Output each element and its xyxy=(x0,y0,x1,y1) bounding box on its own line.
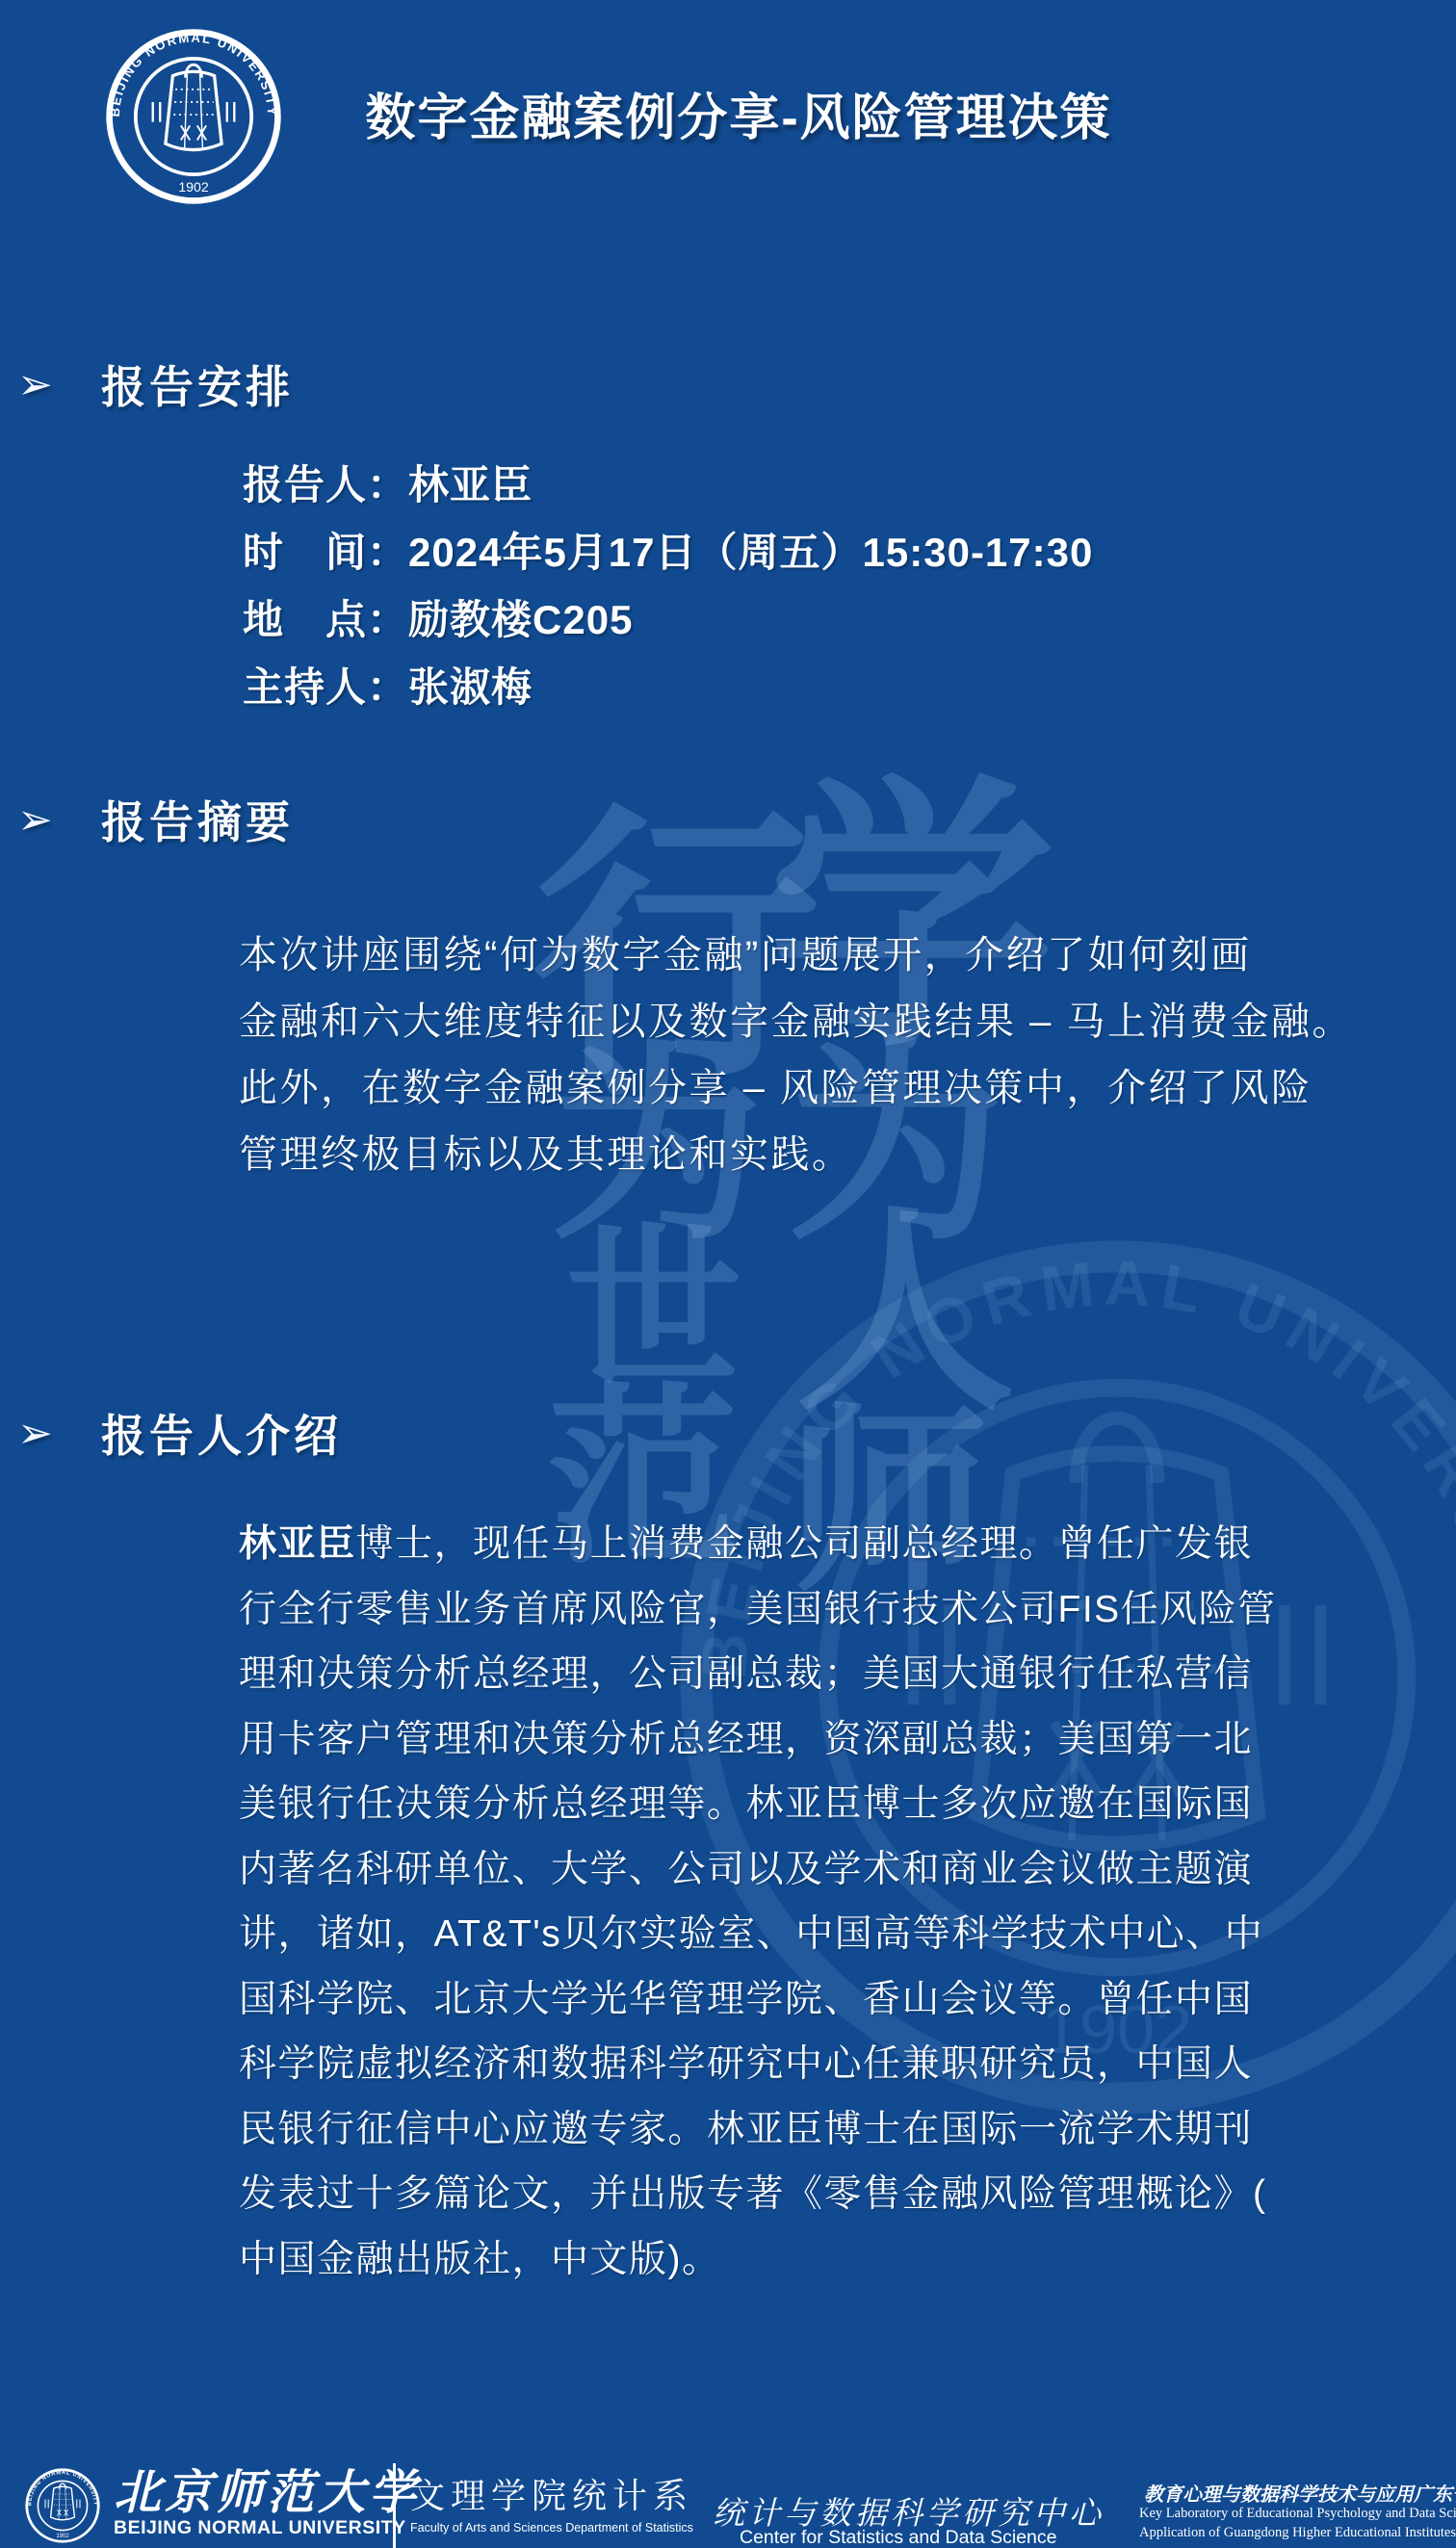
seminar-poster: 行 为 世 范 学 为 人 师 数字金融案例分享-风险管理决策 ➢ 报告安排 报… xyxy=(0,0,1456,2548)
detail-value: 励教楼C205 xyxy=(408,588,633,646)
speaker-bio: 林亚臣博士，现任马上消费金融公司副总经理。曾任广发银 行全行零售业务首席风险官，… xyxy=(239,1512,1277,2292)
footer-lab-zh: 教育心理与数据科学技术与应用广东普通高校重点实验室 xyxy=(1144,2479,1456,2507)
section-heading-label: 报告摘要 xyxy=(101,788,294,851)
section-heading-abstract: ➢ 报告摘要 xyxy=(0,788,294,851)
detail-row-host: 主持人： 张淑梅 xyxy=(243,651,1093,718)
detail-label: 时 间： xyxy=(243,521,408,579)
footer-lab-en-line1: Key Laboratory of Educational Psychology… xyxy=(1139,2506,1456,2522)
detail-row-time: 时 间： 2024年5月17日（周五）15:30-17:30 xyxy=(243,516,1093,584)
footer-lab-en-line2: Application of Guangdong Higher Educatio… xyxy=(1139,2525,1443,2541)
footer-university-seal xyxy=(24,2467,101,2544)
page-title: 数字金融案例分享-风险管理决策 xyxy=(0,77,1456,149)
bio-line: 林亚臣博士，现任马上消费金融公司副总经理。曾任广发银 xyxy=(239,1512,1277,1577)
section-heading-speaker: ➢ 报告人介绍 xyxy=(0,1401,342,1465)
watermark-motto-char: 世 xyxy=(566,1225,741,1400)
detail-label: 主持人： xyxy=(243,656,408,714)
detail-label: 地 点： xyxy=(243,588,408,646)
bio-line: 行全行零售业务首席风险官，美国银行技术公司FIS任风险管 xyxy=(239,1577,1277,1643)
footer-department-en: Faculty of Arts and Sciences Department … xyxy=(410,2521,693,2535)
footer-divider xyxy=(393,2463,396,2548)
footer-university-name-zh: 北京师范大学 xyxy=(114,2456,420,2523)
bio-line: 国科学院、北京大学光华管理学院、香山会议等。曾任中国 xyxy=(239,1967,1277,2033)
detail-label: 报告人： xyxy=(243,454,408,511)
footer-university-name-en: BEIJING NORMAL UNIVERSITY xyxy=(114,2517,406,2539)
detail-value: 林亚臣 xyxy=(408,454,533,511)
watermark-motto-char: 人 xyxy=(795,1206,1015,1425)
bio-line: 讲，诸如，AT&T's贝尔实验室、中国高等科学技术中心、中 xyxy=(239,1902,1277,1967)
abstract-line: 金融和六大维度特征以及数字金融实践结果 – 马上消费金融。 xyxy=(239,989,1353,1055)
detail-value: 2024年5月17日（周五）15:30-17:30 xyxy=(408,521,1093,579)
arrangement-details: 报告人： 林亚臣 时 间： 2024年5月17日（周五）15:30-17:30 … xyxy=(243,449,1093,718)
abstract-line: 此外，在数字金融案例分享 – 风险管理决策中，介绍了风险 xyxy=(239,1055,1353,1122)
section-heading-arrangement: ➢ 报告安排 xyxy=(0,352,294,416)
bio-line: 中国金融出版社，中文版)。 xyxy=(239,2227,1277,2293)
bio-line: 美银行任决策分析总经理等。林亚臣博士多次应邀在国际国 xyxy=(239,1772,1277,1837)
bio-line: 用卡客户管理和决策分析总经理，资深副总裁；美国第一北 xyxy=(239,1707,1277,1773)
footer-department-zh: 文理学院统计系 xyxy=(410,2469,693,2518)
arrow-bullet-icon: ➢ xyxy=(17,1409,101,1458)
bio-line: 民银行征信中心应邀专家。林亚臣博士在国际一流学术期刊 xyxy=(239,2097,1277,2163)
detail-value: 张淑梅 xyxy=(408,656,533,714)
detail-row-location: 地 点： 励教楼C205 xyxy=(243,584,1093,651)
section-heading-label: 报告人介绍 xyxy=(101,1401,342,1465)
abstract-line: 管理终极目标以及其理论和实践。 xyxy=(239,1122,1353,1188)
section-heading-label: 报告安排 xyxy=(101,352,294,416)
arrow-bullet-icon: ➢ xyxy=(17,360,101,409)
abstract-line: 本次讲座围绕“何为数字金融”问题展开，介绍了如何刻画 xyxy=(239,923,1353,989)
bio-line: 内著名科研单位、大学、公司以及学术和商业会议做主题演 xyxy=(239,1837,1277,1903)
bio-line: 发表过十多篇论文，并出版专著《零售金融风险管理概论》( xyxy=(239,2162,1277,2227)
footer-center-en: Center for Statistics and Data Science xyxy=(740,2527,1057,2548)
bio-line-rest: 博士，现任马上消费金融公司副总经理。曾任广发银 xyxy=(356,1523,1254,1565)
speaker-name: 林亚臣 xyxy=(239,1523,356,1565)
bio-line: 理和决策分析总经理，公司副总裁；美国大通银行任私营信 xyxy=(239,1642,1277,1707)
abstract-text: 本次讲座围绕“何为数字金融”问题展开，介绍了如何刻画 金融和六大维度特征以及数字… xyxy=(239,923,1353,1188)
arrow-bullet-icon: ➢ xyxy=(17,795,101,845)
detail-row-speaker: 报告人： 林亚臣 xyxy=(243,449,1093,516)
bio-line: 科学院虚拟经济和数据科学研究中心任兼职研究员，中国人 xyxy=(239,2032,1277,2097)
